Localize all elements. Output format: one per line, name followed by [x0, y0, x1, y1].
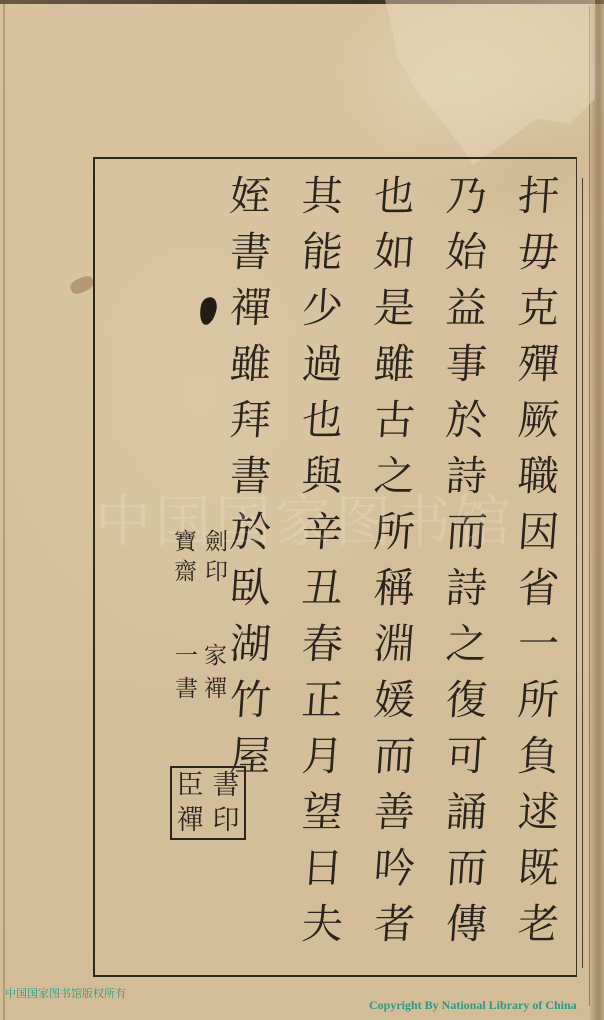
glyph: 扞 — [516, 168, 561, 224]
glyph: 也 — [300, 392, 345, 448]
glyph: 因 — [516, 504, 561, 560]
glyph: 既 — [516, 840, 561, 896]
seal-glyph: 劍 — [201, 527, 232, 557]
glyph: 春 — [300, 616, 345, 672]
glyph: 而 — [444, 840, 489, 896]
glyph: 可 — [444, 728, 489, 784]
frame-outer-rule — [582, 178, 583, 968]
glyph: 是 — [372, 280, 417, 336]
glyph: 雖 — [228, 336, 273, 392]
glyph: 於 — [228, 504, 273, 560]
glyph: 禪 — [228, 280, 273, 336]
text-column-4: 其 能 少 過 也 與 辛 丑 春 正 月 望 日 夫 — [294, 168, 350, 952]
glyph: 竹 — [228, 672, 273, 728]
glyph: 事 — [444, 336, 489, 392]
glyph: 殫 — [516, 336, 561, 392]
water-stain — [385, 0, 595, 165]
glyph: 始 — [444, 224, 489, 280]
glyph: 者 — [372, 896, 417, 952]
glyph: 正 — [300, 672, 345, 728]
glyph: 月 — [300, 728, 345, 784]
text-column-2: 乃 始 益 事 於 詩 而 詩 之 復 可 誦 而 傳 — [438, 168, 494, 952]
glyph: 拜 — [228, 392, 273, 448]
glyph: 少 — [300, 280, 345, 336]
glyph: 負 — [516, 728, 561, 784]
seal-glyph: 印 — [208, 803, 244, 838]
glyph: 復 — [444, 672, 489, 728]
glyph: 吟 — [372, 840, 417, 896]
glyph: 丑 — [300, 560, 345, 616]
glyph: 乃 — [444, 168, 489, 224]
glyph: 湖 — [228, 616, 273, 672]
page-binding-edge — [590, 0, 604, 1020]
glyph: 臥 — [228, 560, 273, 616]
document-page: 扞 毋 克 殫 厥 職 因 省 一 所 負 逑 既 老 乃 始 益 事 於 詩 … — [0, 0, 604, 1020]
glyph: 詩 — [444, 448, 489, 504]
glyph: 稱 — [372, 560, 417, 616]
glyph: 雖 — [372, 336, 417, 392]
glyph: 克 — [516, 280, 561, 336]
glyph: 益 — [444, 280, 489, 336]
page-left-edge — [3, 4, 5, 1020]
glyph: 辛 — [300, 504, 345, 560]
glyph: 省 — [516, 560, 561, 616]
calligraphy-text-block: 扞 毋 克 殫 厥 職 因 省 一 所 負 逑 既 老 乃 始 益 事 於 詩 … — [222, 168, 566, 952]
glyph: 之 — [444, 616, 489, 672]
glyph: 一 — [516, 616, 561, 672]
glyph: 善 — [372, 784, 417, 840]
glyph: 之 — [372, 448, 417, 504]
seal-stamp-middle: 一 家 書 禪 — [172, 640, 230, 706]
glyph: 傳 — [444, 896, 489, 952]
glyph: 誦 — [444, 784, 489, 840]
glyph: 姪 — [228, 168, 273, 224]
glyph: 過 — [300, 336, 345, 392]
seal-stamp-upper: 寶 劍 齋 印 — [170, 527, 232, 587]
seal-glyph: 書 — [172, 673, 201, 706]
glyph: 古 — [372, 392, 417, 448]
glyph: 媛 — [372, 672, 417, 728]
glyph: 所 — [516, 672, 561, 728]
glyph: 書 — [228, 224, 273, 280]
glyph: 厥 — [516, 392, 561, 448]
text-column-1: 扞 毋 克 殫 厥 職 因 省 一 所 負 逑 既 老 — [510, 168, 566, 952]
text-column-3: 也 如 是 雖 古 之 所 稱 淵 媛 而 善 吟 者 — [366, 168, 422, 952]
seal-glyph: 禪 — [172, 803, 208, 838]
glyph: 淵 — [372, 616, 417, 672]
margin-stain — [68, 274, 96, 297]
glyph: 夫 — [300, 896, 345, 952]
glyph: 毋 — [516, 224, 561, 280]
seal-glyph: 寶 — [170, 527, 201, 557]
glyph: 於 — [444, 392, 489, 448]
seal-glyph: 齋 — [170, 557, 201, 587]
seal-glyph: 家 — [201, 640, 230, 673]
seal-glyph: 一 — [172, 640, 201, 673]
glyph: 望 — [300, 784, 345, 840]
glyph: 而 — [372, 728, 417, 784]
seal-stamp-lower: 臣 書 禪 印 — [170, 766, 246, 840]
glyph: 所 — [372, 504, 417, 560]
glyph: 能 — [300, 224, 345, 280]
page-right-fold-line — [589, 6, 590, 1006]
glyph: 職 — [516, 448, 561, 504]
glyph: 也 — [372, 168, 417, 224]
seal-glyph: 印 — [201, 557, 232, 587]
glyph: 而 — [444, 504, 489, 560]
seal-glyph: 書 — [208, 768, 244, 803]
glyph: 其 — [300, 168, 345, 224]
copyright-label-english: Copyright By National Library of China — [369, 998, 577, 1013]
seal-glyph: 臣 — [172, 768, 208, 803]
glyph: 老 — [516, 896, 561, 952]
glyph: 詩 — [444, 560, 489, 616]
glyph: 逑 — [516, 784, 561, 840]
glyph: 如 — [372, 224, 417, 280]
glyph: 日 — [300, 840, 345, 896]
glyph: 與 — [300, 448, 345, 504]
copyright-label-chinese: 中国国家图书馆版权所有 — [5, 985, 126, 1001]
glyph: 書 — [228, 448, 273, 504]
seal-glyph: 禪 — [201, 673, 230, 706]
